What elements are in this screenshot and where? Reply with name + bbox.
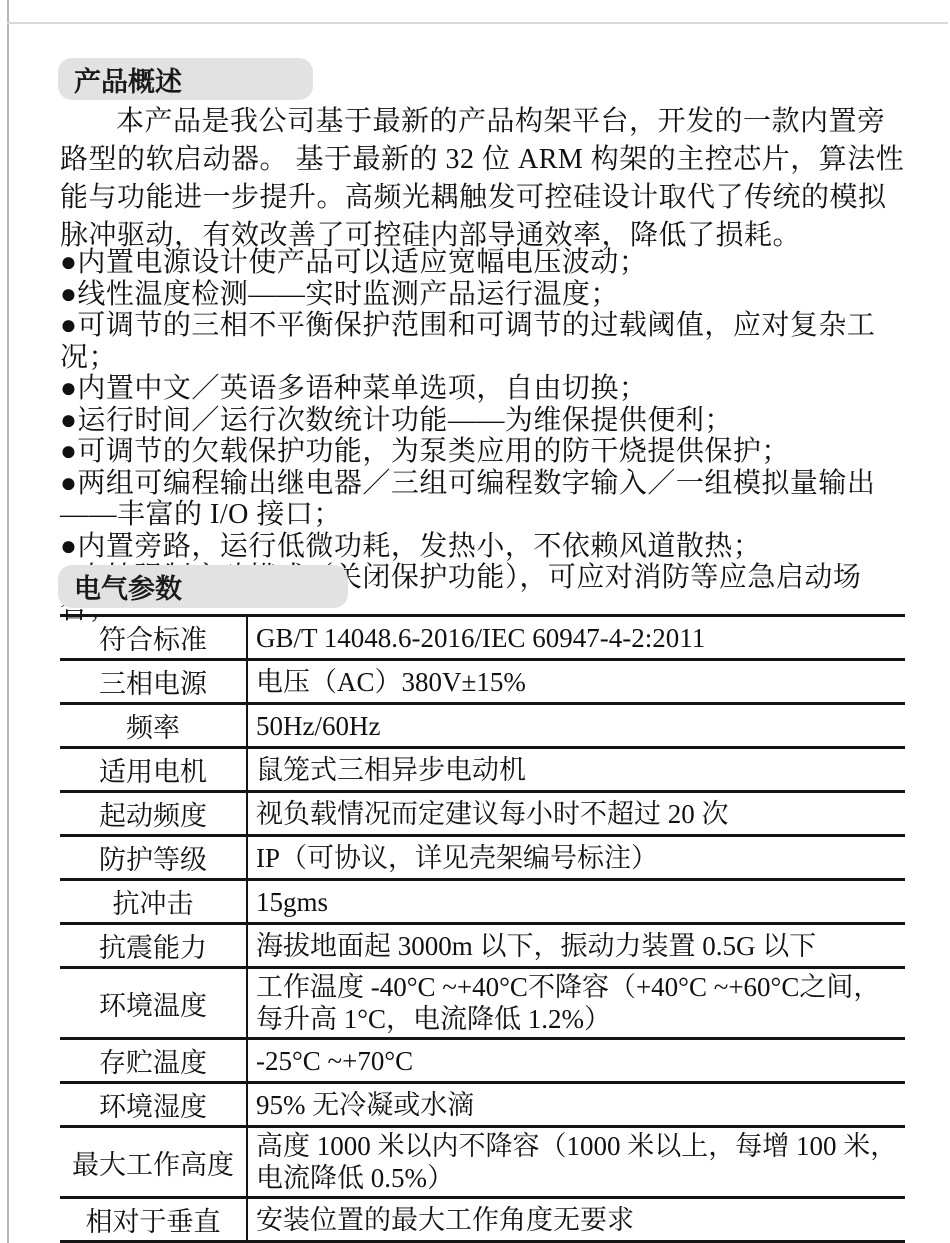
- parameter-name-cell: 抗震能力: [60, 925, 248, 966]
- parameter-name-cell: 起动频度: [60, 793, 248, 834]
- electrical-parameters-table: 符合标准 GB/T 14048.6-2016/IEC 60947-4-2:201…: [60, 614, 905, 1243]
- table-row: 相对于垂直 安装位置的最大工作角度无要求: [60, 1199, 905, 1243]
- parameter-name-cell: 适用电机: [60, 749, 248, 790]
- document-page: 产品概述 本产品是我公司基于最新的产品构架平台，开发的一款内置旁路型的软启动器。…: [0, 0, 950, 1243]
- feature-bullet: ●两组可编程输出继电器／三组可编程数字输入／一组模拟量输出——丰富的 I/O 接…: [60, 468, 907, 531]
- parameter-value-cell: 15gms: [248, 881, 905, 922]
- table-row: 防护等级 IP（可协议，详见壳架编号标注）: [60, 837, 905, 881]
- parameter-name-cell: 最大工作高度: [60, 1128, 248, 1196]
- parameter-value-cell: 安装位置的最大工作角度无要求: [248, 1199, 905, 1240]
- section-heading-label: 产品概述: [74, 60, 182, 99]
- parameter-value-cell: -25°C ~+70°C: [248, 1040, 905, 1081]
- page-left-border-line: [7, 0, 9, 1243]
- table-row: 抗震能力 海拔地面起 3000m 以下，振动力装置 0.5G 以下: [60, 925, 905, 969]
- parameter-name-cell: 环境湿度: [60, 1084, 248, 1125]
- parameter-name-cell: 三相电源: [60, 661, 248, 702]
- table-row: 三相电源 电压（AC）380V±15%: [60, 661, 905, 705]
- parameter-value-cell: 高度 1000 米以内不降容（1000 米以上，每增 100 米，电流降低 0.…: [248, 1128, 905, 1196]
- parameter-name-cell: 存贮温度: [60, 1040, 248, 1081]
- parameter-value-cell: GB/T 14048.6-2016/IEC 60947-4-2:2011: [248, 617, 905, 658]
- parameter-value-cell: IP（可协议，详见壳架编号标注）: [248, 837, 905, 878]
- section-heading-product-overview: 产品概述: [58, 58, 313, 100]
- parameter-name-cell: 抗冲击: [60, 881, 248, 922]
- parameter-name-cell: 符合标准: [60, 617, 248, 658]
- parameter-name-cell: 相对于垂直: [60, 1199, 248, 1240]
- parameter-value-cell: 海拔地面起 3000m 以下，振动力装置 0.5G 以下: [248, 925, 905, 966]
- feature-bullet: ●可调节的三相不平衡保护范围和可调节的过载阈值，应对复杂工况；: [60, 310, 907, 373]
- table-row: 存贮温度 -25°C ~+70°C: [60, 1040, 905, 1084]
- section-heading-electrical-parameters: 电气参数: [58, 565, 348, 608]
- parameter-value-cell: 鼠笼式三相异步电动机: [248, 749, 905, 790]
- parameter-value-cell: 视负载情况而定建议每小时不超过 20 次: [248, 793, 905, 834]
- parameter-value-cell: 工作温度 -40°C ~+40°C不降容（+40°C ~+60°C之间，每升高 …: [248, 969, 905, 1037]
- feature-bullet: ●运行时间／运行次数统计功能——为维保提供便利；: [60, 405, 907, 437]
- table-row: 环境湿度 95% 无冷凝或水滴: [60, 1084, 905, 1128]
- parameter-value-cell: 电压（AC）380V±15%: [248, 661, 905, 702]
- page-top-border-line: [7, 22, 948, 24]
- table-row: 最大工作高度 高度 1000 米以内不降容（1000 米以上，每增 100 米，…: [60, 1128, 905, 1199]
- section-heading-label: 电气参数: [74, 567, 182, 606]
- parameter-name-cell: 频率: [60, 705, 248, 746]
- table-row: 环境温度 工作温度 -40°C ~+40°C不降容（+40°C ~+60°C之间…: [60, 969, 905, 1040]
- feature-bullet: ●内置旁路，运行低微功耗，发热小，不依赖风道散热；: [60, 531, 907, 563]
- feature-bullet: ●内置电源设计使产品可以适应宽幅电压波动；: [60, 247, 907, 279]
- overview-paragraph: 本产品是我公司基于最新的产品构架平台，开发的一款内置旁路型的软启动器。 基于最新…: [60, 103, 907, 255]
- table-row: 频率 50Hz/60Hz: [60, 705, 905, 749]
- feature-bullet: ●线性温度检测——实时监测产品运行温度；: [60, 279, 907, 311]
- table-row: 符合标准 GB/T 14048.6-2016/IEC 60947-4-2:201…: [60, 617, 905, 661]
- parameter-value-cell: 50Hz/60Hz: [248, 705, 905, 746]
- parameter-value-cell: 95% 无冷凝或水滴: [248, 1084, 905, 1125]
- parameter-name-cell: 防护等级: [60, 837, 248, 878]
- table-row: 抗冲击 15gms: [60, 881, 905, 925]
- feature-bullet: ●内置中文／英语多语种菜单选项，自由切换；: [60, 373, 907, 405]
- table-row: 适用电机 鼠笼式三相异步电动机: [60, 749, 905, 793]
- feature-bullet: ●可调节的欠载保护功能，为泵类应用的防干烧提供保护；: [60, 436, 907, 468]
- parameter-name-cell: 环境温度: [60, 969, 248, 1037]
- table-row: 起动频度 视负载情况而定建议每小时不超过 20 次: [60, 793, 905, 837]
